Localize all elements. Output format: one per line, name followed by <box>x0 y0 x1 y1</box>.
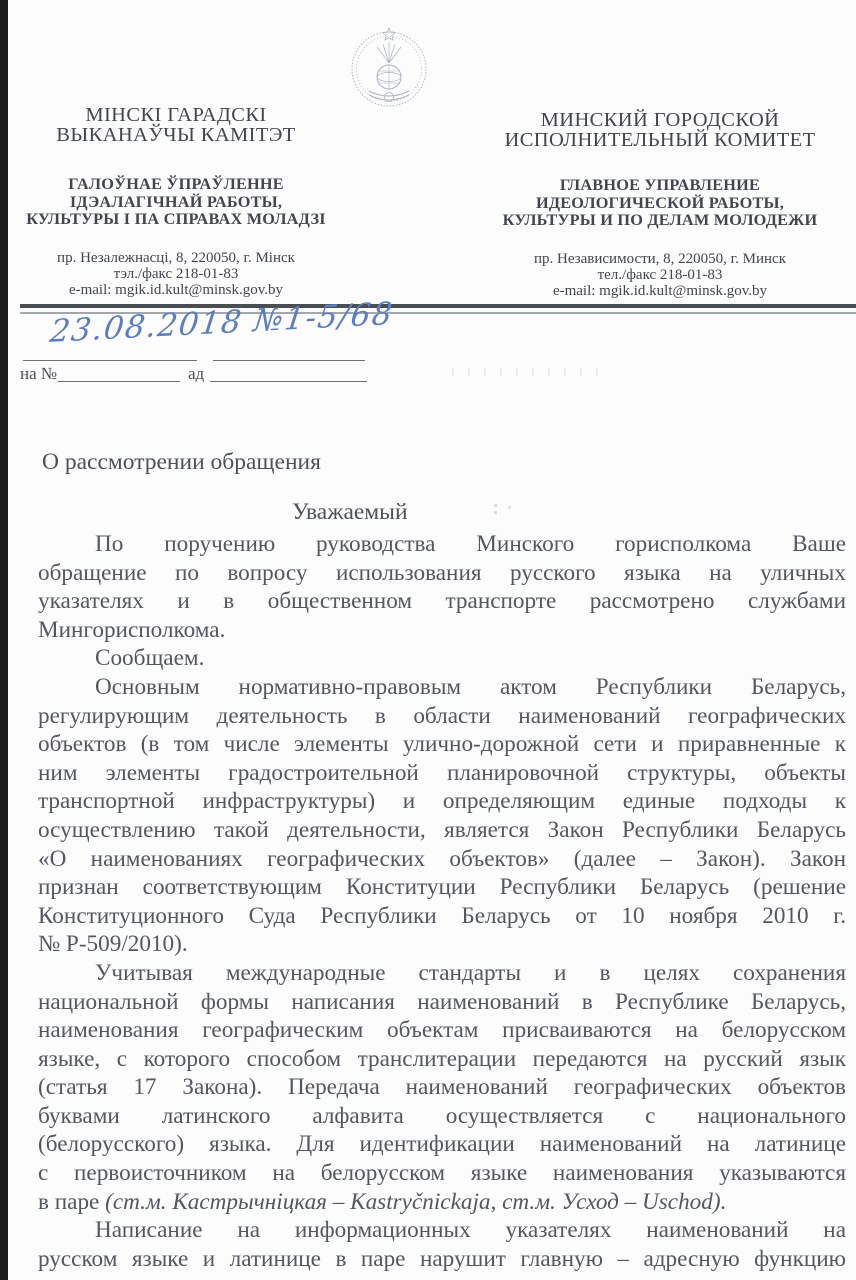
number-blank-line <box>23 360 197 361</box>
body-line: № Р-509/2010). <box>38 930 846 959</box>
letter-subject: О рассмотрении обращения <box>42 449 321 476</box>
org-name-line: ИСПОЛНИТЕЛЬНЫЙ КОМИТЕТ <box>495 130 825 150</box>
body-line: регулирующим деятельность в области наим… <box>38 702 846 731</box>
faint-scan-smudge <box>452 368 610 376</box>
body-line: ним элементы градостроительной планирово… <box>38 759 846 788</box>
body-line: Конституционного Суда Республики Беларус… <box>38 902 846 931</box>
address-line: пр. Независимости, 8, 220050, г. Минск <box>495 251 825 267</box>
coat-of-arms-belarus-emblem <box>347 25 431 109</box>
body-paragraphs: По поручению руководства Минского горисп… <box>38 530 846 1273</box>
body-line: По поручению руководства Минского горисп… <box>38 530 846 559</box>
department-line: ІДЭАЛАГІЧНАЙ РАБОТЫ, <box>20 193 332 211</box>
phone-line: тэл./факс 218-01-83 <box>20 266 332 282</box>
body-line: наименования географическим объектам при… <box>38 1016 846 1045</box>
letterhead-separator-rule <box>20 304 856 308</box>
department-line: ГАЛОЎНАЕ ЎПРАЎЛЕННЕ <box>20 175 332 193</box>
email-line: e-mail: mgik.id.kult@minsk.gov.by <box>495 283 825 299</box>
scanned-letter-page: МІНСКІ ГАРАДСКІ ВЫКАНАЎЧЫ КАМІТЭТ ГАЛОЎН… <box>0 0 856 1280</box>
phone-line: тел./факс 218-01-83 <box>495 267 825 283</box>
body-line: (белорусского) языка. Для идентификации … <box>38 1130 846 1159</box>
incoming-date-label: ад <box>188 364 204 384</box>
scan-edge-artifact <box>0 0 8 1280</box>
body-line: Мингорисполкома. <box>38 616 846 645</box>
email-line: e-mail: mgik.id.kult@minsk.gov.by <box>20 282 332 298</box>
body-line: указателях и в общественном транспорте р… <box>38 587 846 616</box>
org-name-line: МИНСКИЙ ГОРОДСКОЙ <box>495 110 825 130</box>
org-name-line: МІНСКІ ГАРАДСКІ <box>20 105 332 125</box>
incoming-number-label: на № <box>20 364 57 384</box>
body-line: Написание на информационных указателях н… <box>38 1216 846 1245</box>
body-line: обращение по вопросу использования русск… <box>38 559 846 588</box>
department-line: ИДЕОЛОГИЧЕСКОЙ РАБОТЫ, <box>495 194 825 212</box>
body-line: признан соответствующим Конституции Респ… <box>38 873 846 902</box>
body-line: с первоисточником на белорусском языке н… <box>38 1159 846 1188</box>
incoming-number-blank-line <box>58 381 180 382</box>
body-line: национальной формы написания наименовани… <box>38 988 846 1017</box>
body-line: (статья 17 Закона). Передача наименовани… <box>38 1073 846 1102</box>
number-blank-line <box>213 360 365 361</box>
body-line: в паре (ст.м. Кастрычніцкая – Kastryčnic… <box>38 1188 846 1217</box>
body-line: буквами латинского алфавита осуществляет… <box>38 1102 846 1131</box>
department-line: КУЛЬТУРЫ И ПО ДЕЛАМ МОЛОДЕЖИ <box>495 211 825 229</box>
letterhead-left-column: МІНСКІ ГАРАДСКІ ВЫКАНАЎЧЫ КАМІТЭТ ГАЛОЎН… <box>20 105 332 298</box>
department-line: КУЛЬТУРЫ І ПА СПРАВАХ МОЛАДЗІ <box>20 210 332 228</box>
address-line: пр. Незалежнасці, 8, 220050, г. Мінск <box>20 250 332 266</box>
body-line: русском языке и латинице в паре нарушит … <box>38 1245 846 1274</box>
body-line: объектов (в том числе элементы улично-до… <box>38 730 846 759</box>
body-line: Основным нормативно-правовым актом Респу… <box>38 673 846 702</box>
body-line: осуществлению такой деятельности, являет… <box>38 816 846 845</box>
salutation: Уважаемый <box>292 499 408 526</box>
body-line: Сообщаем. <box>38 644 846 673</box>
redacted-name-smudge <box>494 504 497 507</box>
incoming-date-blank-line <box>210 381 367 382</box>
body-line: Учитывая международные стандарты и в цел… <box>38 959 846 988</box>
department-line: ГЛАВНОЕ УПРАВЛЕНИЕ <box>495 176 825 194</box>
body-line: «О наименованиях географических объектов… <box>38 845 846 874</box>
org-name-line: ВЫКАНАЎЧЫ КАМІТЭТ <box>20 125 332 145</box>
body-line: языке, с которого способом транслитераци… <box>38 1045 846 1074</box>
letterhead-right-column: МИНСКИЙ ГОРОДСКОЙ ИСПОЛНИТЕЛЬНЫЙ КОМИТЕТ… <box>495 110 825 299</box>
body-line: транспортной инфраструктуры) и определяю… <box>38 787 846 816</box>
